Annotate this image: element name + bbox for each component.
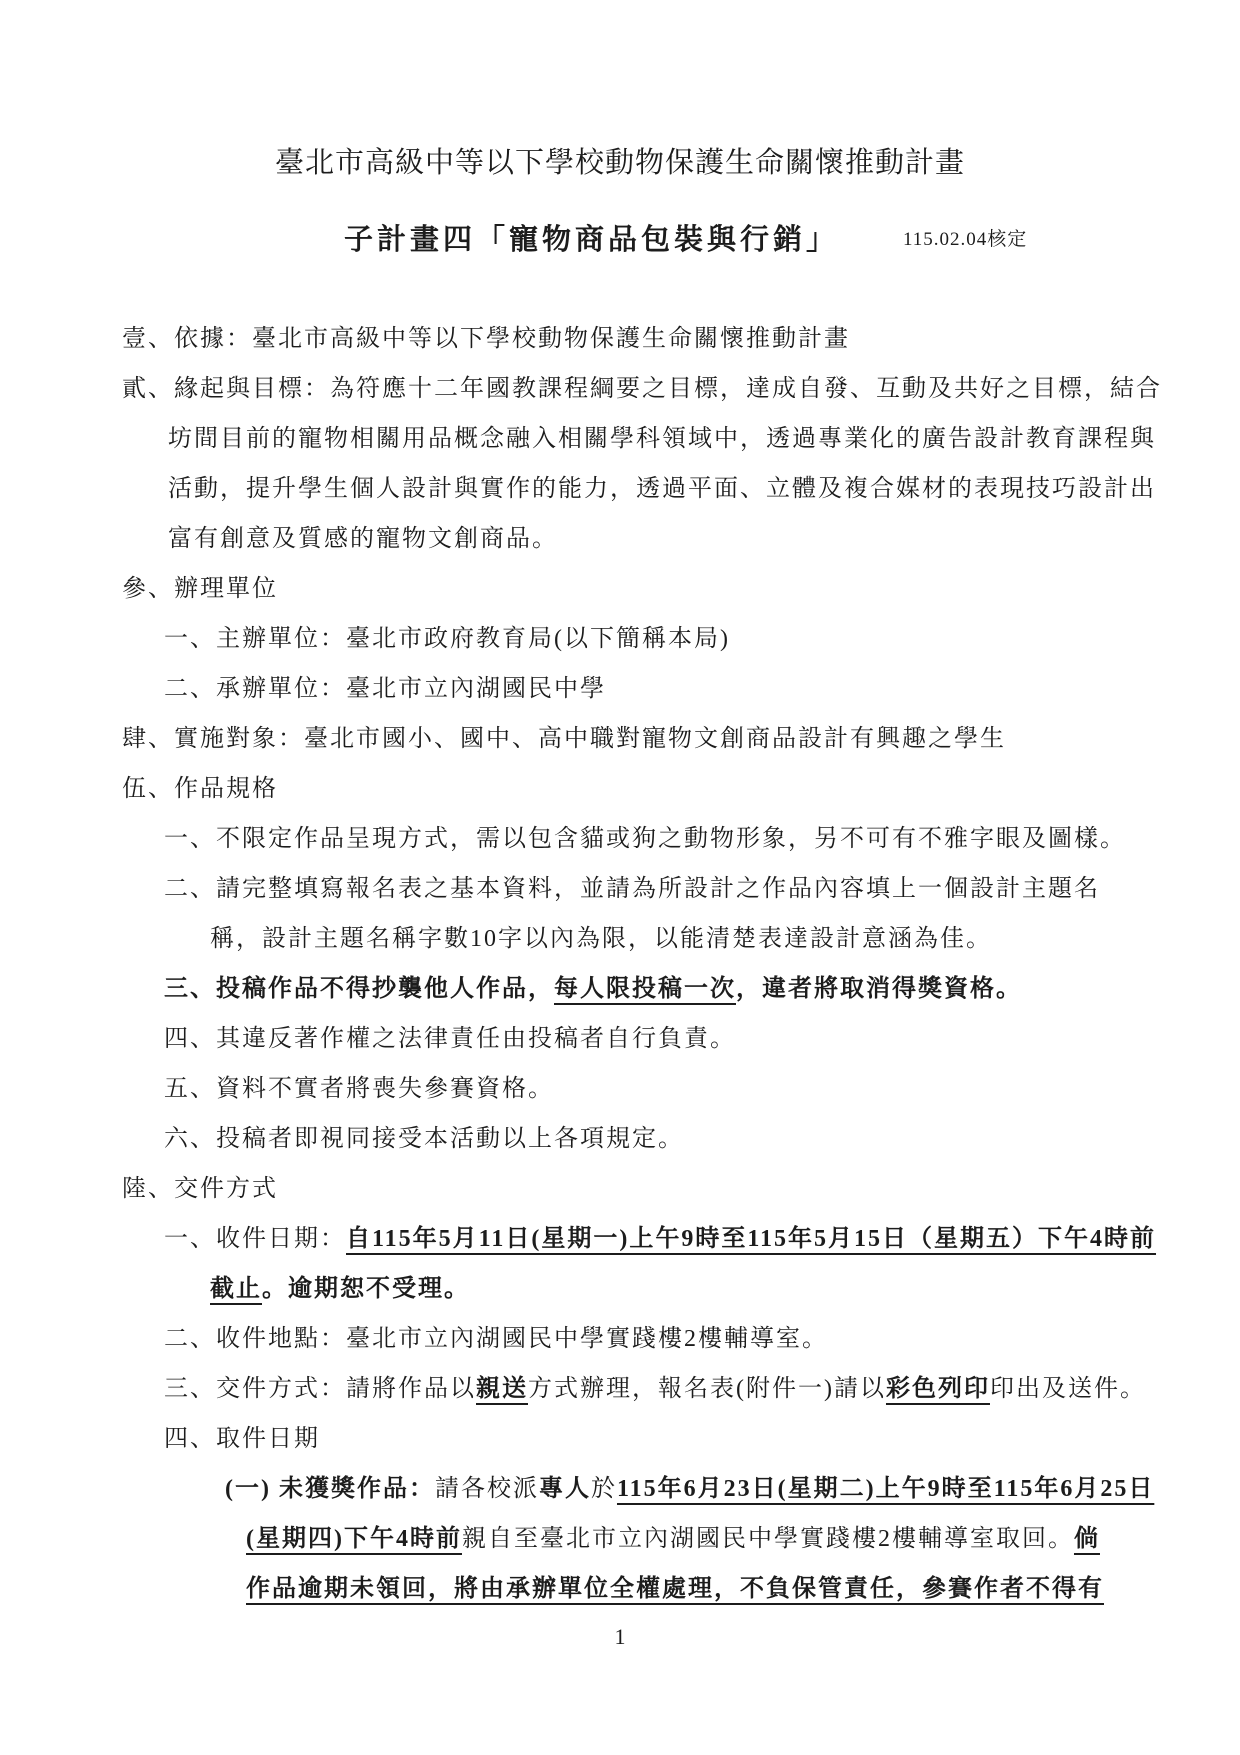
document-line: 壹、依據：臺北市高級中等以下學校動物保護生命關懷推動計畫	[0, 314, 1240, 364]
text-segment: 六、投稿者即視同接受本活動以上各項規定。	[164, 1126, 684, 1152]
text-segment: 方式辦理，報名表(附件一)請以	[528, 1376, 886, 1402]
document-body: 壹、依據：臺北市高級中等以下學校動物保護生命關懷推動計畫貳、緣起與目標：為符應十…	[0, 314, 1240, 1614]
text-segment: 專人	[539, 1476, 591, 1502]
text-segment: 伍、作品規格	[122, 776, 278, 802]
text-segment: 四、其違反著作權之法律責任由投稿者自行負責。	[164, 1026, 736, 1052]
text-segment: 倘	[1074, 1526, 1100, 1552]
document-line: 一、收件日期：自115年5月11日(星期一)上午9時至115年5月15日（星期五…	[0, 1214, 1240, 1264]
document-line: 陸、交件方式	[0, 1164, 1240, 1214]
text-segment: 作品逾期未領回，將由承辦單位全權處理，不負保管責任，參賽作者不得有	[246, 1576, 1104, 1602]
document-line: 一、主辦單位：臺北市政府教育局(以下簡稱本局)	[0, 614, 1240, 664]
text-segment: 富有創意及質感的寵物文創商品。	[168, 526, 558, 552]
text-segment: 於	[591, 1476, 617, 1502]
text-segment: 壹、依據：臺北市高級中等以下學校動物保護生命關懷推動計畫	[122, 326, 850, 352]
document-line: 二、收件地點：臺北市立內湖國民中學實踐樓2樓輔導室。	[0, 1314, 1240, 1364]
text-segment: (星期四)下午4時前	[246, 1526, 462, 1552]
document-line: 肆、實施對象：臺北市國小、國中、高中職對寵物文創商品設計有興趣之學生	[0, 714, 1240, 764]
text-segment: 二、收件地點：臺北市立內湖國民中學實踐樓2樓輔導室。	[164, 1326, 828, 1352]
document-line: 活動，提升學生個人設計與實作的能力，透過平面、立體及複合媒材的表現技巧設計出	[0, 464, 1240, 514]
document-line: 坊間目前的寵物相關用品概念融入相關學科領域中，透過專業化的廣告設計教育課程與	[0, 414, 1240, 464]
document-line: 二、請完整填寫報名表之基本資料，並請為所設計之作品內容填上一個設計主題名	[0, 864, 1240, 914]
text-segment: 親送	[476, 1376, 528, 1402]
document-line: (星期四)下午4時前親自至臺北市立內湖國民中學實踐樓2樓輔導室取回。倘	[0, 1514, 1240, 1564]
text-segment: 活動，提升學生個人設計與實作的能力，透過平面、立體及複合媒材的表現技巧設計出	[168, 476, 1156, 502]
text-segment: 印出及送件。	[990, 1376, 1146, 1402]
text-segment: 一、不限定作品呈現方式，需以包含貓或狗之動物形象，另不可有不雅字眼及圖樣。	[164, 826, 1126, 852]
text-segment: 截止	[210, 1276, 262, 1302]
text-segment: 貳、緣起與目標：為符應十二年國教課程綱要之目標，達成自發、互動及共好之目標，結合	[122, 376, 1162, 402]
text-segment: 三、交件方式：請將作品以	[164, 1376, 476, 1402]
document-line: 截止。逾期恕不受理。	[0, 1264, 1240, 1314]
text-segment: 親自至臺北市立內湖國民中學實踐樓2樓輔導室取回。	[462, 1526, 1074, 1552]
text-segment: 每人限投稿一次	[554, 976, 736, 1002]
document-line: 一、不限定作品呈現方式，需以包含貓或狗之動物形象，另不可有不雅字眼及圖樣。	[0, 814, 1240, 864]
text-segment: 坊間目前的寵物相關用品概念融入相關學科領域中，透過專業化的廣告設計教育課程與	[168, 426, 1156, 452]
document-line: 三、投稿作品不得抄襲他人作品，每人限投稿一次，違者將取消得獎資格。	[0, 964, 1240, 1014]
text-segment: 一、主辦單位：臺北市政府教育局(以下簡稱本局)	[164, 626, 730, 652]
document-line: 二、承辦單位：臺北市立內湖國民中學	[0, 664, 1240, 714]
document-line: 伍、作品規格	[0, 764, 1240, 814]
document-page: 臺北市高級中等以下學校動物保護生命關懷推動計畫 子計畫四「寵物商品包裝與行銷」 …	[0, 0, 1240, 1755]
document-line: 富有創意及質感的寵物文創商品。	[0, 514, 1240, 564]
document-line: 三、交件方式：請將作品以親送方式辦理，報名表(附件一)請以彩色列印印出及送件。	[0, 1364, 1240, 1414]
text-segment: 五、資料不實者將喪失參賽資格。	[164, 1076, 554, 1102]
text-segment: 三、投稿作品不得抄襲他人作品，	[164, 976, 554, 1002]
document-line: 六、投稿者即視同接受本活動以上各項規定。	[0, 1114, 1240, 1164]
text-segment: 請各校派	[435, 1476, 539, 1502]
text-segment: 四、取件日期	[164, 1426, 320, 1452]
text-segment: 。逾期恕不受理。	[262, 1276, 470, 1302]
text-segment: 二、請完整填寫報名表之基本資料，並請為所設計之作品內容填上一個設計主題名	[164, 876, 1100, 902]
document-line: (一) 未獲獎作品：請各校派專人於115年6月23日(星期二)上午9時至115年…	[0, 1464, 1240, 1514]
document-line: 參、辦理單位	[0, 564, 1240, 614]
text-segment: (一) 未獲獎作品：	[225, 1476, 435, 1502]
page-title: 臺北市高級中等以下學校動物保護生命關懷推動計畫	[0, 141, 1240, 185]
document-line: 稱，設計主題名稱字數10字以內為限，以能清楚表達設計意涵為佳。	[0, 914, 1240, 964]
text-segment: 二、承辦單位：臺北市立內湖國民中學	[164, 676, 606, 702]
text-segment: 一、收件日期：	[164, 1226, 346, 1252]
document-line: 貳、緣起與目標：為符應十二年國教課程綱要之目標，達成自發、互動及共好之目標，結合	[0, 364, 1240, 414]
document-line: 五、資料不實者將喪失參賽資格。	[0, 1064, 1240, 1114]
document-line: 四、取件日期	[0, 1414, 1240, 1464]
document-subtitle: 子計畫四「寵物商品包裝與行銷」	[344, 218, 839, 262]
page-number: 1	[0, 1615, 1240, 1659]
text-segment: 稱，設計主題名稱字數10字以內為限，以能清楚表達設計意涵為佳。	[210, 926, 992, 952]
text-segment: 陸、交件方式	[122, 1176, 278, 1202]
text-segment: 肆、實施對象：臺北市國小、國中、高中職對寵物文創商品設計有興趣之學生	[122, 726, 1006, 752]
text-segment: ，違者將取消得獎資格。	[736, 976, 1022, 1002]
text-segment: 彩色列印	[886, 1376, 990, 1402]
text-segment: 115年6月23日(星期二)上午9時至115年6月25日	[617, 1476, 1154, 1502]
approval-date-note: 115.02.04核定	[903, 226, 1027, 254]
text-segment: 參、辦理單位	[122, 576, 278, 602]
document-line: 四、其違反著作權之法律責任由投稿者自行負責。	[0, 1014, 1240, 1064]
document-line: 作品逾期未領回，將由承辦單位全權處理，不負保管責任，參賽作者不得有	[0, 1564, 1240, 1614]
text-segment: 自115年5月11日(星期一)上午9時至115年5月15日（星期五）下午4時前	[346, 1226, 1156, 1252]
